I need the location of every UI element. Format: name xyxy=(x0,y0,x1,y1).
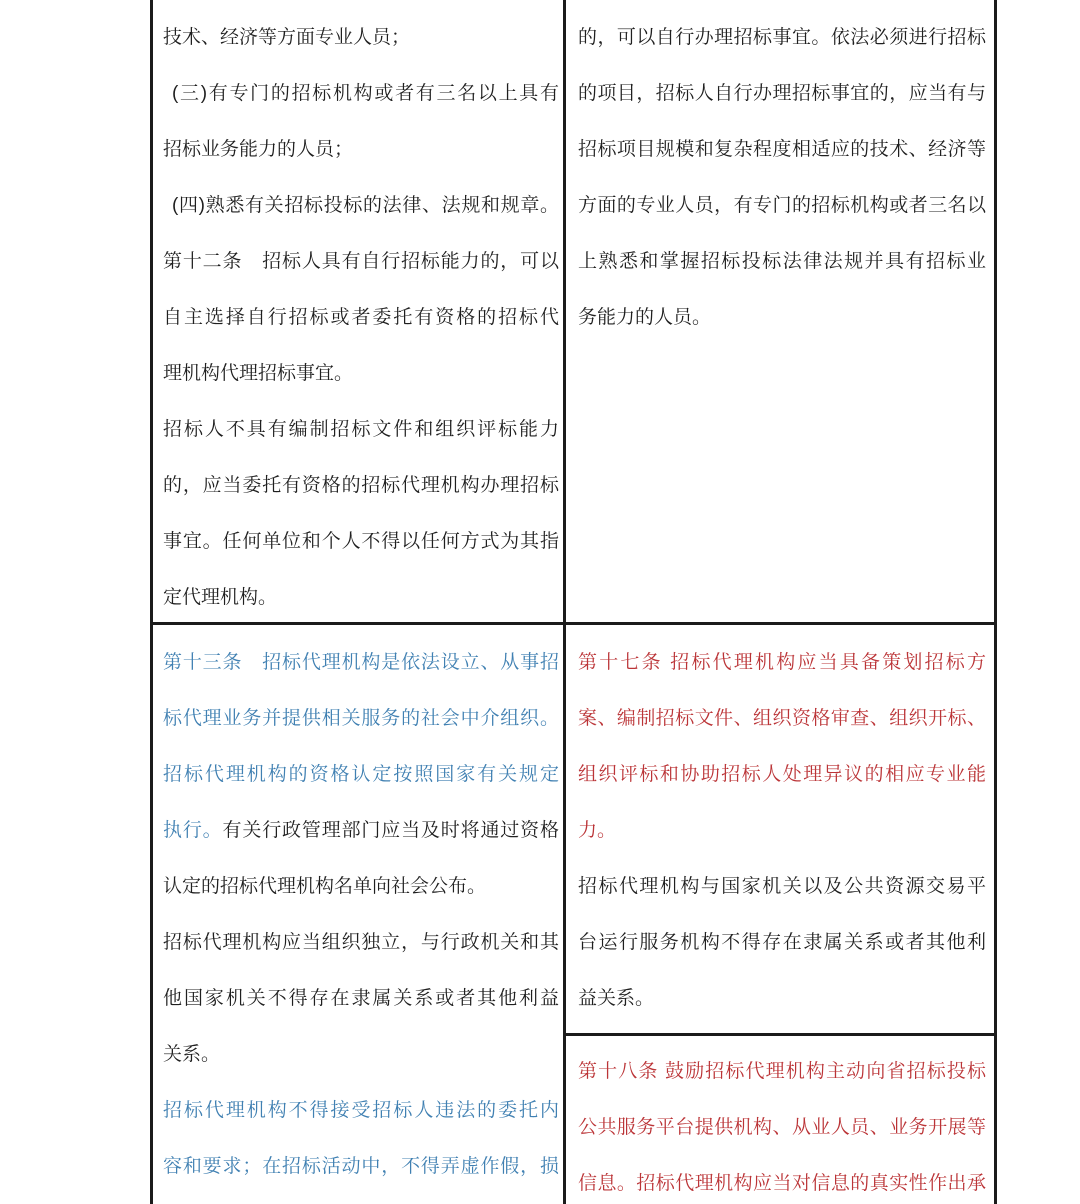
text-segment-red: 案、编制招标文件、组织资格审查、组织开标、 xyxy=(578,708,986,729)
text-segment-black: 方面的专业人员，有专门的招标机构或者三名以 xyxy=(578,195,986,216)
document-page: 技术、经济等方面专业人员；(三)有专门的招标机构或者有三名以上具有招标业务能力的… xyxy=(0,0,1080,1204)
text-segment-red: 信息。招标代理机构应当对信息的真实性作出承 xyxy=(578,1173,986,1194)
text-segment-black: 关系。 xyxy=(163,1044,220,1065)
text-line: 第十八条 鼓励招标代理机构主动向省招标投标 xyxy=(578,1044,986,1100)
text-segment-black: 自主选择自行招标或者委托有资格的招标代 xyxy=(163,307,559,328)
text-line: 务能力的人员。 xyxy=(578,290,986,346)
text-line: 信息。招标代理机构应当对信息的真实性作出承 xyxy=(578,1156,986,1204)
text-line: 第十三条 招标代理机构是依法设立、从事招 xyxy=(163,635,559,691)
table-cell-left-row2: 第十三条 招标代理机构是依法设立、从事招标代理业务并提供相关服务的社会中介组织。… xyxy=(153,625,563,1204)
text-segment-blue: 第十三条 招标代理机构是依法设立、从事招 xyxy=(163,652,559,673)
text-segment-black: 招标项目规模和复杂程度相适应的技术、经济等 xyxy=(578,139,986,160)
text-line: 定代理机构。 xyxy=(163,570,559,622)
text-segment-blue: 容和要求；在招标活动中，不得弄虚作假，损 xyxy=(163,1156,559,1177)
text-segment-black: 的，可以自行办理招标事宜。依法必须进行招标 xyxy=(578,27,986,48)
text-segment-black: 招标代理机构与国家机关以及公共资源交易平 xyxy=(578,876,986,897)
text-line: 执行。有关行政管理部门应当及时将通过资格 xyxy=(163,803,559,859)
table-border-left xyxy=(150,0,153,1204)
text-line: 上熟悉和掌握招标投标法律法规并具有招标业 xyxy=(578,234,986,290)
text-segment-black: 益关系。 xyxy=(578,988,654,1009)
text-line: 技术、经济等方面专业人员； xyxy=(163,10,559,66)
text-segment-blue: 招标代理机构的资格认定按照国家有关规定 xyxy=(163,764,559,785)
text-segment-blue: 标代理业务并提供相关服务的社会中介组织。 xyxy=(163,708,559,729)
text-segment-black: (三)有专门的招标机构或者有三名以上具有 xyxy=(172,83,559,104)
text-line: 益关系。 xyxy=(578,971,986,1027)
table-cell-right-row2: 第十七条 招标代理机构应当具备策划招标方案、编制招标文件、组织资格审查、组织开标… xyxy=(566,625,994,1033)
text-line: 容和要求；在招标活动中，不得弄虚作假，损 xyxy=(163,1139,559,1195)
text-segment-black: 的，应当委托有资格的招标代理机构办理招标 xyxy=(163,475,559,496)
text-segment-red: 公共服务平台提供机构、从业人员、业务开展等 xyxy=(578,1117,986,1138)
text-segment-red: 组织评标和协助招标人处理异议的相应专业能 xyxy=(578,764,986,785)
table-border-right xyxy=(994,0,997,1204)
text-segment-red: 力。 xyxy=(578,820,616,841)
text-segment-black: 定代理机构。 xyxy=(163,587,277,608)
table-cell-left-row1: 技术、经济等方面专业人员；(三)有专门的招标机构或者有三名以上具有招标业务能力的… xyxy=(153,0,563,622)
text-line: 案、编制招标文件、组织资格审查、组织开标、 xyxy=(578,691,986,747)
text-line: 招标代理机构的资格认定按照国家有关规定 xyxy=(163,747,559,803)
text-segment-black: 有关行政管理部门应当及时将通过资格 xyxy=(223,820,559,841)
text-segment-black: 第十二条 招标人具有自行招标能力的，可以 xyxy=(163,251,559,272)
text-segment-black: 理机构代理招标事宜。 xyxy=(163,363,353,384)
text-line: 招标代理机构与国家机关以及公共资源交易平 xyxy=(578,859,986,915)
text-line: 第十七条 招标代理机构应当具备策划招标方 xyxy=(578,635,986,691)
text-segment-black: 的项目，招标人自行办理招标事宜的，应当有与 xyxy=(578,83,986,104)
text-segment-black: 技术、经济等方面专业人员； xyxy=(163,27,410,48)
text-line: (三)有专门的招标机构或者有三名以上具有 xyxy=(163,66,559,122)
text-line: 认定的招标代理机构名单向社会公布。 xyxy=(163,859,559,915)
text-line: 事宜。任何单位和个人不得以任何方式为其指 xyxy=(163,514,559,570)
text-segment-black: 招标人不具有编制招标文件和组织评标能力 xyxy=(163,419,559,440)
text-line: 的项目，招标人自行办理招标事宜的，应当有与 xyxy=(578,66,986,122)
text-line: 第十二条 招标人具有自行招标能力的，可以 xyxy=(163,234,559,290)
text-line: 台运行服务机构不得存在隶属关系或者其他利 xyxy=(578,915,986,971)
text-line: 方面的专业人员，有专门的招标机构或者三名以 xyxy=(578,178,986,234)
text-line: 招标代理机构应当组织独立，与行政机关和其 xyxy=(163,915,559,971)
text-segment-black: 务能力的人员。 xyxy=(578,307,711,328)
text-line: 自主选择自行招标或者委托有资格的招标代 xyxy=(163,290,559,346)
text-line: 公共服务平台提供机构、从业人员、业务开展等 xyxy=(578,1100,986,1156)
text-segment-black: 认定的招标代理机构名单向社会公布。 xyxy=(163,876,486,897)
table-border-row-divider-right-column xyxy=(563,1033,997,1036)
text-segment-red: 第十七条 招标代理机构应当具备策划招标方 xyxy=(578,652,986,673)
text-line: (四)熟悉有关招标投标的法律、法规和规章。 xyxy=(163,178,559,234)
text-line: 他国家机关不得存在隶属关系或者其他利益 xyxy=(163,971,559,1027)
table-cell-right-row3: 第十八条 鼓励招标代理机构主动向省招标投标公共服务平台提供机构、从业人员、业务开… xyxy=(566,1036,994,1204)
text-segment-black: 台运行服务机构不得存在隶属关系或者其他利 xyxy=(578,932,986,953)
text-line: 标代理业务并提供相关服务的社会中介组织。 xyxy=(163,691,559,747)
table-border-column-divider xyxy=(563,0,566,1204)
text-segment-red: 第十八条 鼓励招标代理机构主动向省招标投标 xyxy=(578,1061,986,1082)
table-cell-right-row1: 的，可以自行办理招标事宜。依法必须进行招标的项目，招标人自行办理招标事宜的，应当… xyxy=(566,0,994,622)
text-segment-black: (四)熟悉有关招标投标的法律、法规和规章。 xyxy=(172,195,559,216)
text-line: 的，可以自行办理招标事宜。依法必须进行招标 xyxy=(578,10,986,66)
text-line: 力。 xyxy=(578,803,986,859)
text-segment-black: 他国家机关不得存在隶属关系或者其他利益 xyxy=(163,988,559,1009)
text-line: 招标项目规模和复杂程度相适应的技术、经济等 xyxy=(578,122,986,178)
text-line: 组织评标和协助招标人处理异议的相应专业能 xyxy=(578,747,986,803)
text-line: 招标业务能力的人员； xyxy=(163,122,559,178)
text-line: 的，应当委托有资格的招标代理机构办理招标 xyxy=(163,458,559,514)
text-segment-blue: 招标代理机构不得接受招标人违法的委托内 xyxy=(163,1100,559,1121)
table-border-row-divider xyxy=(150,622,997,625)
text-segment-black: 事宜。任何单位和个人不得以任何方式为其指 xyxy=(163,531,559,552)
text-line: 招标人不具有编制招标文件和组织评标能力 xyxy=(163,402,559,458)
text-segment-black: 上熟悉和掌握招标投标法律法规并具有招标业 xyxy=(578,251,986,272)
text-line: 关系。 xyxy=(163,1027,559,1083)
text-segment-blue: 执行。 xyxy=(163,820,223,841)
text-line: 招标代理机构不得接受招标人违法的委托内 xyxy=(163,1083,559,1139)
text-segment-black: 招标代理机构应当组织独立，与行政机关和其 xyxy=(163,932,559,953)
text-segment-black: 招标业务能力的人员； xyxy=(163,139,353,160)
text-line: 理机构代理招标事宜。 xyxy=(163,346,559,402)
